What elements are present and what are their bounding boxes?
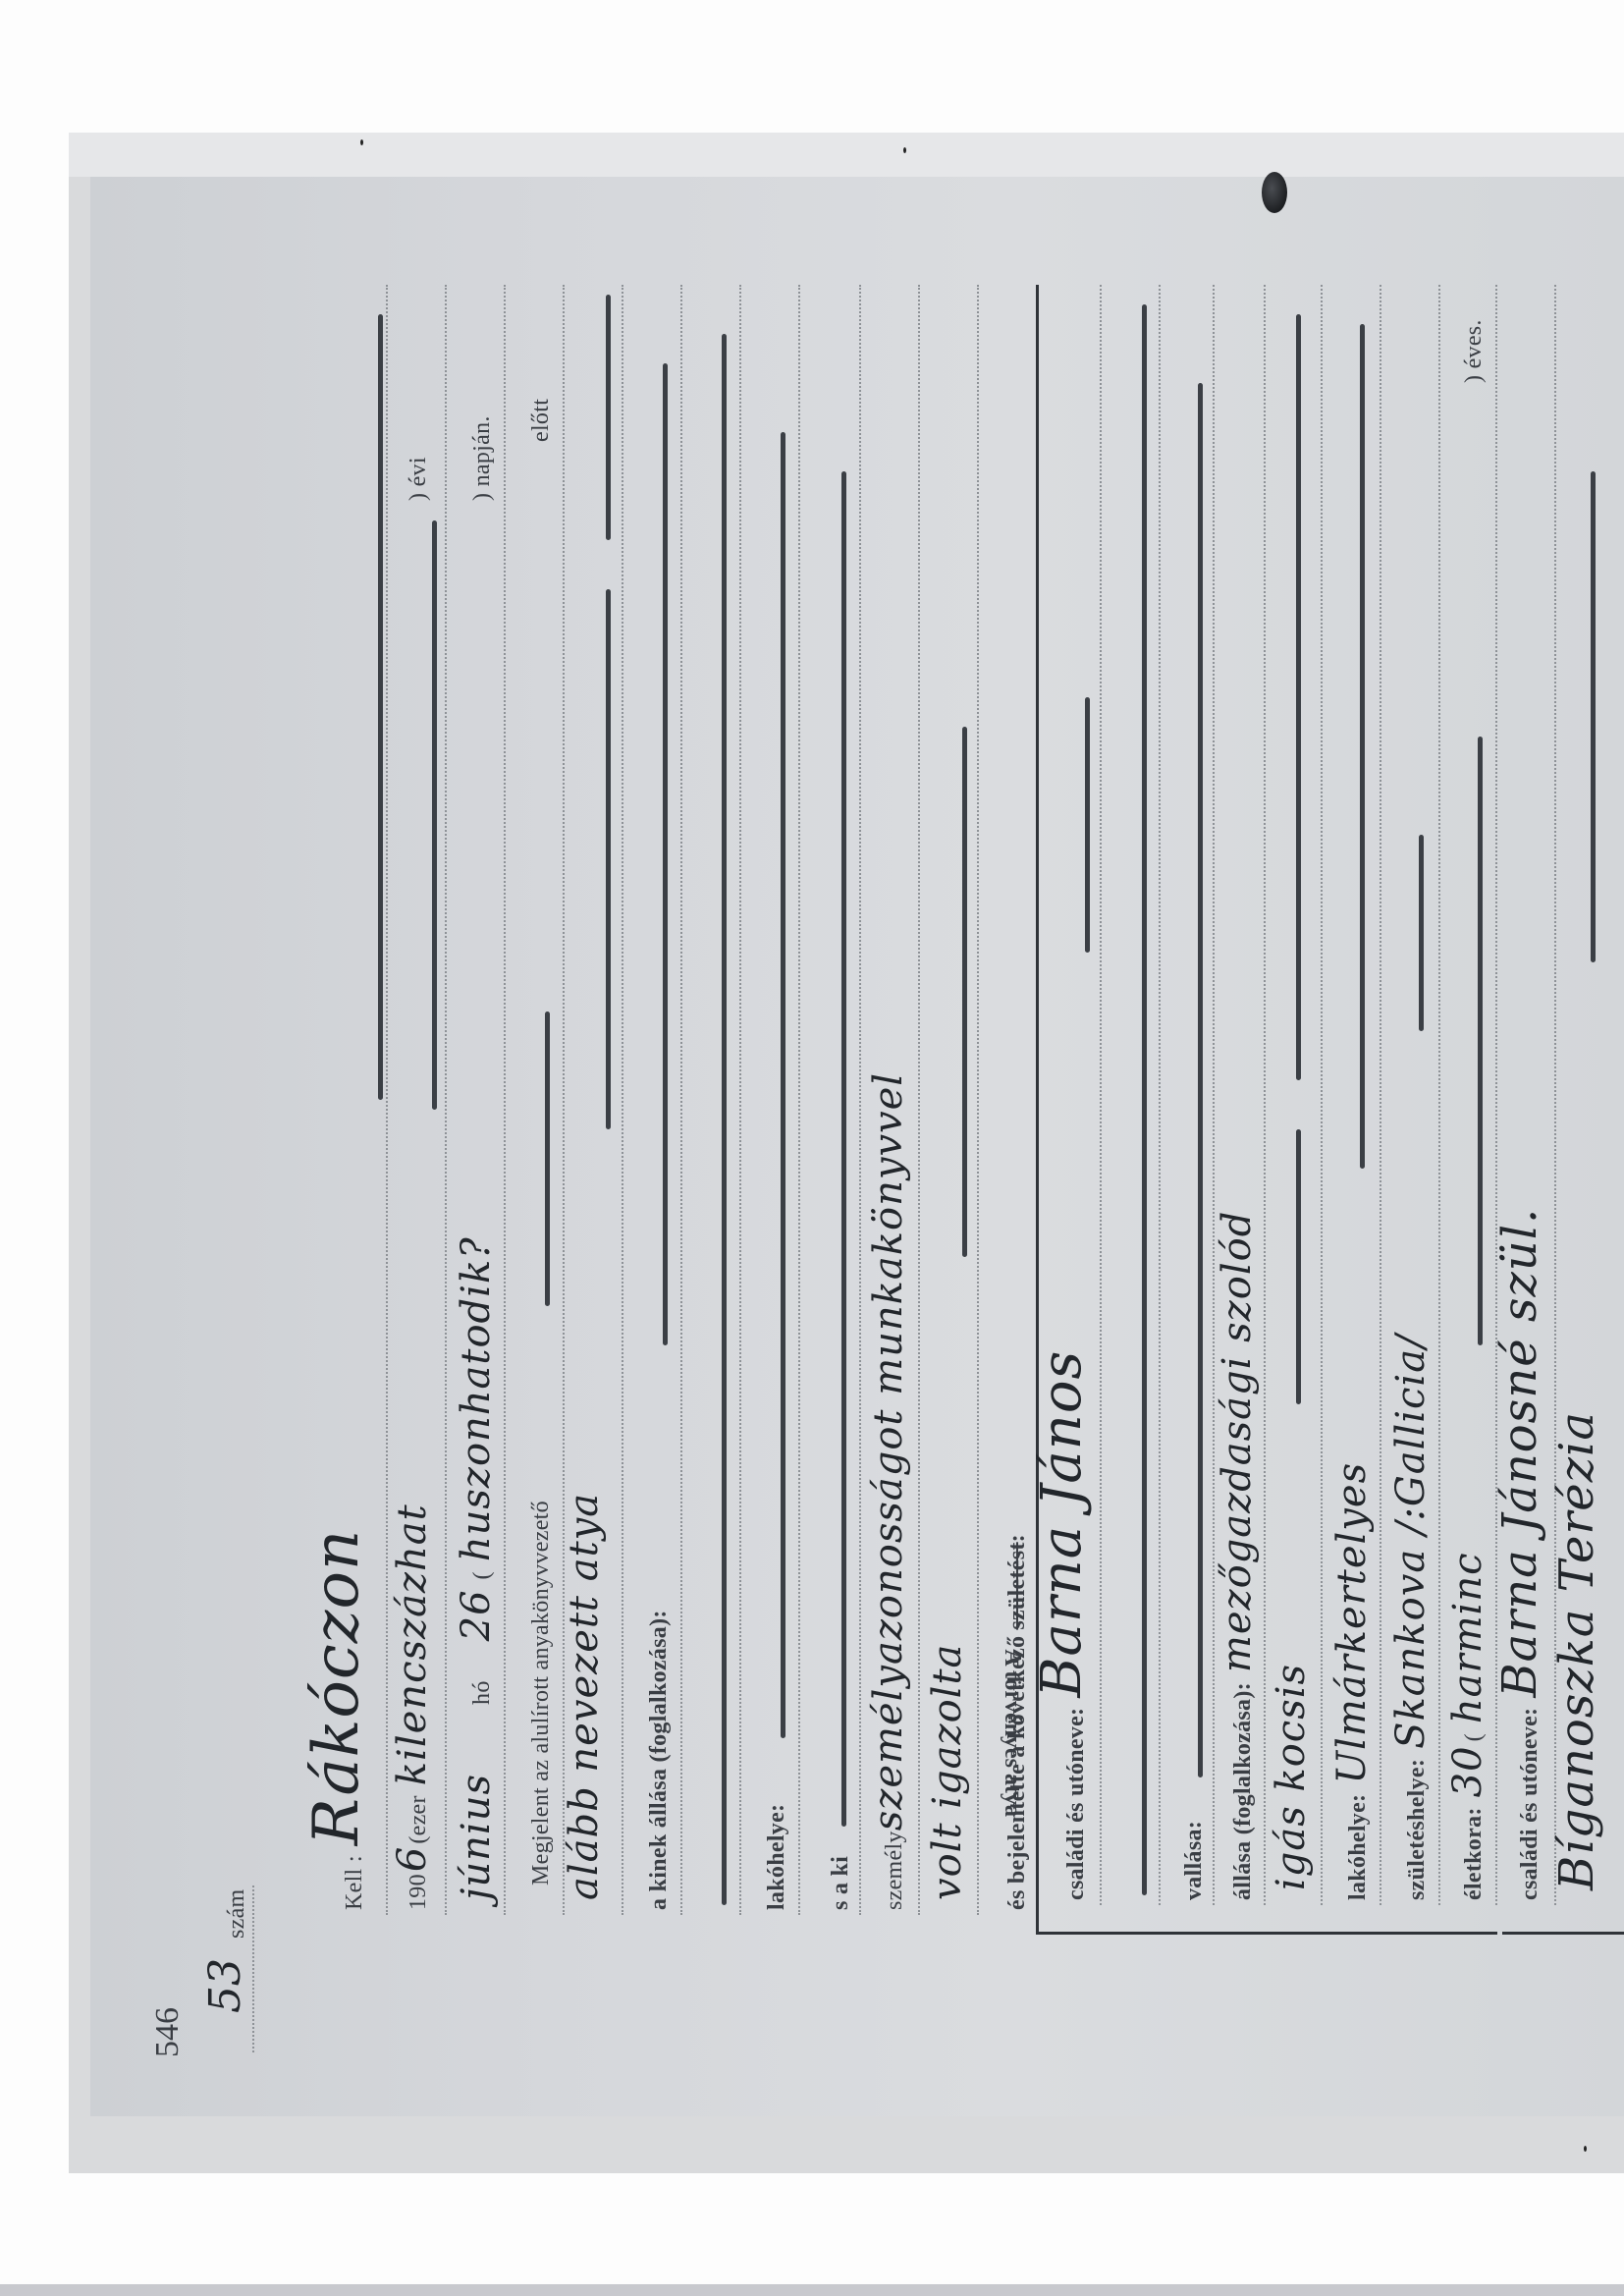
month-value: június (457, 1774, 496, 1900)
appeared-value: alább nevezett atya (565, 1493, 604, 1900)
mother-name-row-2: Bíganoszka Terézia (1561, 1401, 1600, 1900)
father-religion-label: vallása: (1181, 1821, 1208, 1900)
dotted-rule (504, 285, 506, 1915)
year-row: 190 6 (ezer kilencszázhat (393, 1494, 432, 1910)
occupation-row: a kinek állása (foglalkozása): (633, 1610, 673, 1910)
dotted-rule (798, 285, 800, 1915)
dotted-rule (1321, 285, 1323, 1905)
father-occupation-row-2: igás kocsis (1272, 1654, 1311, 1900)
identity-value-1: személyazonosságot munkakönyvvel (869, 1072, 908, 1831)
dust-speck (1584, 2146, 1587, 2152)
dotted-rule (918, 285, 920, 1915)
occupation-rule-2 (722, 334, 727, 1905)
mother-name-row: családi és utóneve: Barna Jánosné szül. (1504, 1198, 1543, 1900)
mother-name-value-2: Bíganoszka Terézia (1553, 1411, 1600, 1890)
residence-label: lakóhelye: (764, 1804, 790, 1910)
dotted-rule (1264, 285, 1266, 1905)
day-value: 26 (457, 1589, 496, 1641)
residence-row: lakóhelye: (751, 1804, 790, 1910)
father-birthplace-value: Skankova /:Gallicia/ (1391, 1334, 1431, 1748)
place-value: Rákóczon (305, 1529, 368, 1845)
father-age-rule (1478, 737, 1483, 1345)
father-occupation-rule-2 (1296, 314, 1301, 1080)
dotted-rule (386, 285, 388, 1915)
day-open: ( (469, 1571, 496, 1579)
dotted-rule (252, 1886, 254, 2052)
month-label: hó (469, 1680, 496, 1705)
father-age-row: életkora: 30 ( harminc (1448, 1543, 1488, 1901)
dotted-rule (445, 285, 447, 1915)
father-occupation-rule (1296, 1129, 1301, 1404)
year-rule (432, 520, 437, 1110)
father-birthplace-label: születéshelye: (1404, 1759, 1431, 1900)
mother-name-rule (1591, 471, 1596, 962)
birth-register-form: 546 53 szám Kell : Rákóczon 190 6 (ezer … (93, 177, 1624, 2111)
father-age-close: ) éves. (1448, 319, 1488, 383)
father-religion-rule (1198, 383, 1203, 1777)
father-section-label: A törvényes atya (999, 1649, 1025, 1817)
father-birthplace-row: születéshelye: Skankova /:Gallicia/ (1391, 1324, 1431, 1900)
register-number: 53 (200, 1958, 250, 2013)
appeared-value-rule (606, 589, 611, 1129)
father-name-row: családi és utóneve: Barna János (1051, 1340, 1090, 1900)
identity-row-2: volt igazolta (928, 1634, 967, 1910)
father-occupation-row: állása (foglalkozása): mezőgazdasági szo… (1218, 1201, 1257, 1900)
dotted-rule (680, 285, 682, 1915)
occupation-rule (663, 363, 668, 1345)
father-age-close-label: ) éves. (1461, 319, 1488, 383)
year-prefix: 190 (406, 1874, 432, 1910)
year-close-label: ) évi (406, 457, 432, 501)
day-text: huszonhatodik? (457, 1236, 496, 1561)
father-name-value: Barna János (1035, 1350, 1090, 1698)
scan-top-margin (69, 133, 1624, 177)
register-number-row: 53 szám (211, 1888, 250, 2013)
appeared-value-rule-2 (606, 295, 611, 540)
page-number-row: 546 (147, 2007, 187, 2057)
identity-label: személy (882, 1831, 908, 1910)
page-number: 546 (149, 2007, 187, 2057)
announced-colon: : (1004, 1534, 1031, 1542)
day-close: ) napján. (457, 415, 496, 501)
mother-bracket (1502, 1932, 1624, 1935)
father-name-rule (1085, 697, 1090, 953)
place-row: Kell : Rákóczon (329, 1519, 368, 1910)
dust-speck (360, 139, 363, 145)
appeared-row: Megjelent az alulírott anyakönyvvezető (515, 1501, 555, 1886)
place-rule (378, 314, 383, 1100)
father-age-label: életkora: (1461, 1807, 1488, 1900)
identity-rule (962, 727, 967, 1257)
year-close: ) évi (393, 457, 432, 501)
who-rule (841, 471, 846, 1827)
father-name-label: családi és utóneve: (1063, 1708, 1090, 1900)
mother-name-value-1: Barna Jánosné szül. (1496, 1208, 1543, 1698)
father-age-open: ( (1461, 1733, 1488, 1741)
appeared-label: Megjelent az alulírott anyakönyvvezető (528, 1501, 555, 1886)
year-open-label: (ezer (406, 1795, 432, 1843)
dotted-rule (1159, 285, 1161, 1905)
day-close-label: ) napján. (469, 415, 496, 501)
father-age-text: harminc (1448, 1553, 1488, 1724)
appeared-value-row: alább nevezett atya (565, 1483, 604, 1910)
dotted-rule (739, 285, 741, 1915)
father-birthplace-rule (1419, 835, 1424, 1031)
dotted-rule (1438, 285, 1440, 1905)
date-row: június hó 26 ( huszonhatodik? (457, 1227, 496, 1910)
identity-row: személy személyazonosságot munkakönyvvel (869, 1063, 908, 1910)
appeared-end: előtt (515, 399, 555, 442)
place-label: Kell : (342, 1855, 368, 1910)
dotted-rule (1100, 285, 1102, 1905)
dotted-rule (977, 285, 979, 1915)
father-residence-label: lakóhelye: (1345, 1794, 1372, 1900)
dust-speck (903, 147, 906, 153)
dotted-rule (622, 285, 623, 1915)
register-number-label: szám (224, 1888, 250, 1939)
identity-value-2: volt igazolta (928, 1644, 967, 1900)
dotted-rule (859, 285, 861, 1915)
father-bracket (1036, 1932, 1497, 1935)
father-residence-row: lakóhelye: Ulmárkertelyes (1332, 1452, 1372, 1900)
father-residence-value: Ulmárkertelyes (1332, 1462, 1372, 1784)
father-occupation-label: állása (foglalkozása): (1230, 1682, 1257, 1900)
year-digit: 6 (393, 1846, 432, 1872)
viewer-bottom-bar (0, 2284, 1624, 2296)
father-name-rule-2 (1142, 304, 1147, 1895)
appeared-rule (545, 1011, 550, 1306)
father-residence-rule (1360, 324, 1365, 1169)
father-age-value: 30 (1448, 1745, 1488, 1797)
dotted-rule (1380, 285, 1381, 1905)
father-occupation-value-1: mezőgazdasági szolód (1218, 1211, 1257, 1672)
residence-rule (781, 432, 785, 1738)
father-religion-row: vallása: (1168, 1801, 1208, 1900)
who-label: s a ki (828, 1856, 854, 1910)
occupation-label: a kinek állása (foglalkozása): (646, 1610, 673, 1910)
mother-name-label: családi és utóneve: (1517, 1708, 1543, 1900)
year-text: kilencszázhat (393, 1503, 432, 1785)
appeared-end-label: előtt (528, 399, 555, 442)
father-occupation-value-2: igás kocsis (1272, 1664, 1311, 1890)
who-row: s a ki (815, 1856, 854, 1910)
announced-struck: születést (1004, 1542, 1031, 1629)
